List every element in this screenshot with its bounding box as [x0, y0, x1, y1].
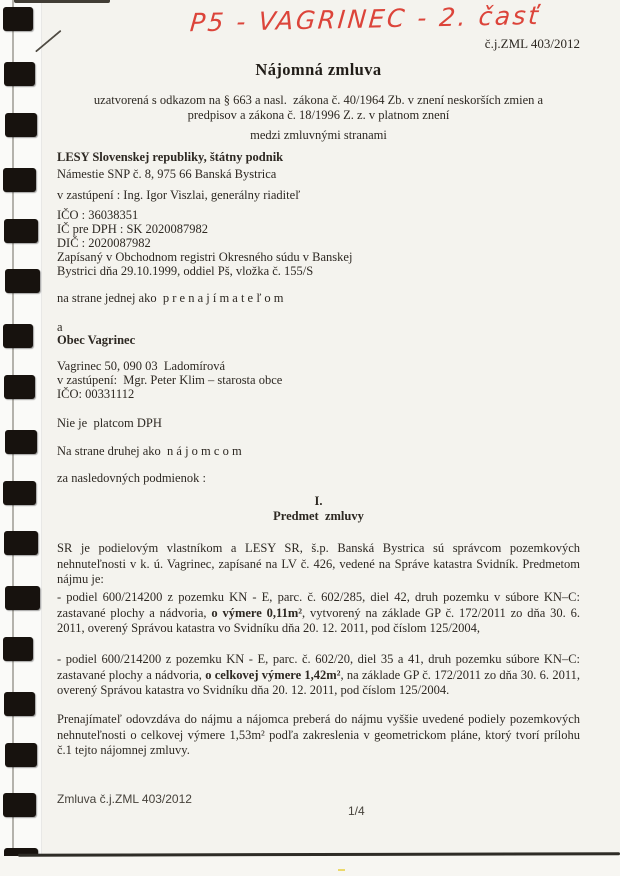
lessor-registry-line-1: Zapísaný v Obchodnom registri Okresného … — [57, 250, 580, 264]
handwritten-annotation: P5 - VAGRINEC - 2. časť — [189, 0, 601, 37]
between-parties-label: medzi zmluvnými stranami — [57, 128, 580, 142]
binding-hole — [5, 743, 37, 767]
lessor-name: LESY Slovenskej republiky, štátny podnik — [57, 150, 580, 164]
subtitle-line-1: uzatvorená s odkazom na § 663 a nasl. zá… — [57, 93, 580, 107]
subtitle-line-2: predpisov a zákona č. 18/1996 Z. z. v pl… — [57, 108, 580, 122]
section-intro-paragraph: SR je podielovým vlastníkom a LESY SR, š… — [57, 541, 580, 588]
vat-status-note: Nie je platcom DPH — [57, 416, 580, 430]
binding-hole — [3, 793, 36, 817]
binding-hole — [3, 481, 36, 505]
lessor-representative: v zastúpení : Ing. Igor Viszlai, generál… — [57, 188, 580, 202]
lessee-role: Na strane druhej ako n á j o m c o m — [57, 444, 580, 458]
lessor-ico: IČO : 36038351 — [57, 208, 580, 222]
document-title: Nájomná zmluva — [57, 63, 580, 77]
section-number: I. — [57, 494, 580, 508]
binding-hole — [3, 7, 33, 31]
reference-number: č.j.ZML 403/2012 — [57, 37, 580, 51]
parcel-item-1: - podiel 600/214200 z pozemku KN - E, pa… — [57, 590, 580, 637]
footer-doc-ref: Zmluva č.j.ZML 403/2012 — [57, 792, 357, 806]
scanned-contract-page: P5 - VAGRINEC - 2. časť č.j.ZML 403/2012… — [0, 0, 620, 876]
handover-paragraph: Prenajímateľ odovzdáva do nájmu a nájomc… — [57, 712, 580, 759]
binding-hole — [4, 219, 38, 243]
lessee-address: Vagrinec 50, 090 03 Ladomírová — [57, 359, 580, 373]
lessee-ico: IČO: 00331112 — [57, 387, 580, 401]
page-top-shadow — [14, 0, 110, 3]
next-page-edge — [0, 856, 620, 876]
parcel-item-1-area: o výmere 0,11m² — [211, 606, 302, 620]
lessee-representative: v zastúpení: Mgr. Peter Klim – starosta … — [57, 373, 580, 387]
binding-hole — [5, 430, 37, 454]
lessor-registry-line-2: Bystrici dňa 29.10.1999, oddiel Pš, vlož… — [57, 264, 580, 278]
lessor-dic: DIČ : 2020087982 — [57, 236, 580, 250]
lessor-ic-dph: IČ pre DPH : SK 2020087982 — [57, 222, 580, 236]
binding-hole — [3, 324, 33, 348]
parcel-item-2-area: o celkovej výmere 1,42m² — [205, 668, 340, 682]
binding-hole — [4, 692, 35, 716]
lessee-name: Obec Vagrinec — [57, 333, 580, 347]
section-heading: Predmet zmluvy — [57, 509, 580, 523]
parcel-item-2: - podiel 600/214200 z pozemku KN - E, pa… — [57, 652, 580, 699]
binding-hole — [3, 637, 33, 661]
binding-hole — [5, 269, 40, 293]
footer-page-number: 1/4 — [348, 804, 408, 818]
lessor-address: Námestie SNP č. 8, 975 66 Banská Bystric… — [57, 167, 580, 181]
binding-hole — [5, 113, 37, 137]
scan-artifact — [338, 869, 345, 871]
page-edge — [41, 0, 42, 876]
lessor-role: na strane jednej ako p r e n a j í m a t… — [57, 291, 580, 305]
binding-hole — [4, 62, 35, 86]
binding-hole — [3, 168, 36, 192]
binding-hole — [5, 586, 40, 610]
conditions-intro: za nasledovných podmienok : — [57, 471, 580, 485]
binding-hole — [4, 375, 35, 399]
binding-hole — [4, 531, 38, 555]
binding-strip — [0, 0, 42, 876]
conjunction: a — [57, 320, 580, 334]
